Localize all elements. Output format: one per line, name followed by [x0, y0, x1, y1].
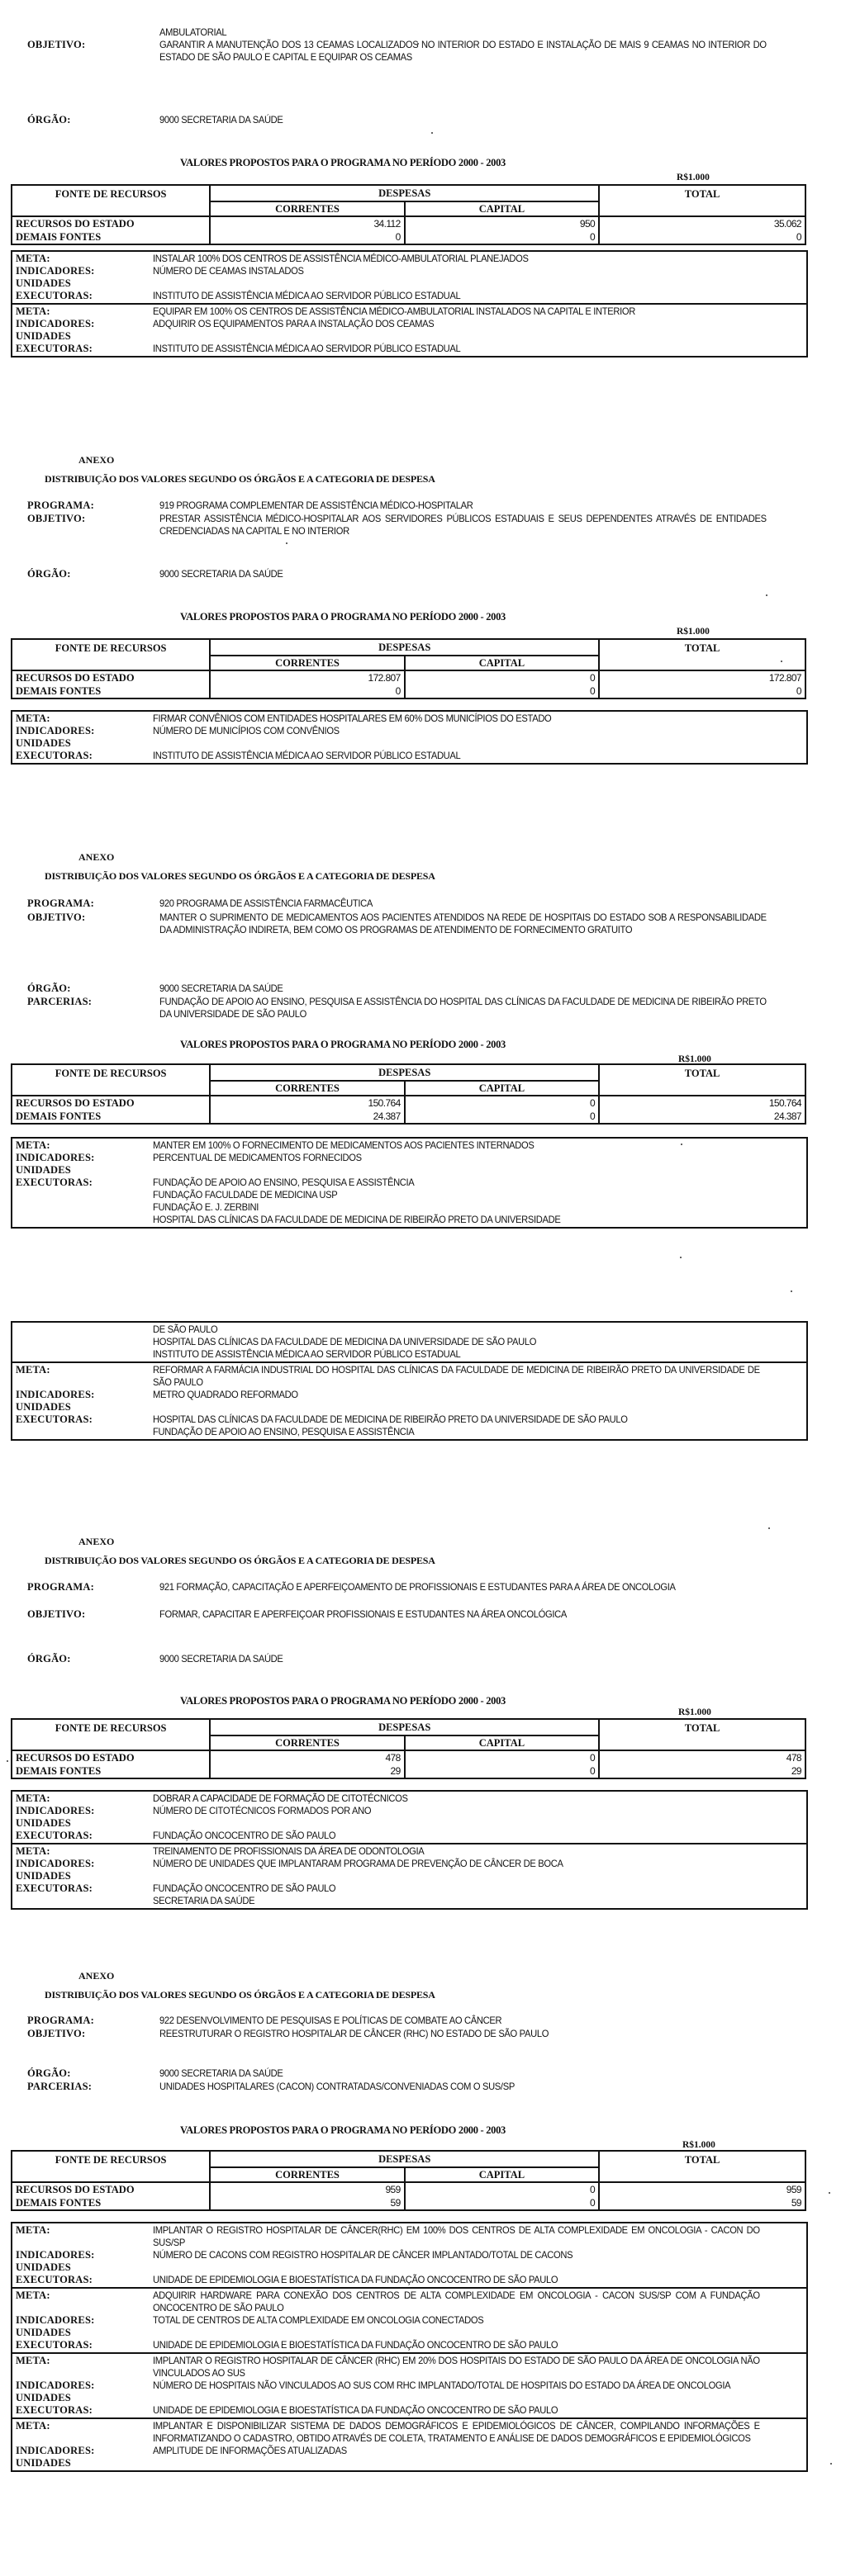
scan-speck: [431, 132, 433, 134]
meta-row: META:INSTALAR 100% DOS CENTROS DE ASSIST…: [12, 253, 806, 265]
metas-box: META:INSTALAR 100% DOS CENTROS DE ASSIST…: [11, 250, 808, 358]
executora-line: INSTITUTO DE ASSISTÊNCIA MÉDICA AO SERVI…: [153, 343, 760, 355]
header-fonte: FONTE DE RECURSOS: [12, 185, 210, 201]
cell-correntes: 24.387: [210, 1110, 404, 1124]
meta-row: UNIDADES: [12, 2392, 806, 2404]
meta-row: INDICADORES:NÚMERO DE MUNICÍPIOS COM CON…: [12, 725, 806, 737]
cell-capital: 0: [405, 1764, 599, 1778]
values-title: VALORES PROPOSTOS PARA O PROGRAMA NO PER…: [180, 1695, 506, 1707]
meta-row: EXECUTORAS:INSTITUTO DE ASSISTÊNCIA MÉDI…: [12, 750, 806, 762]
field-value: [153, 737, 760, 750]
field-label: META:: [12, 305, 153, 318]
values-title: VALORES PROPOSTOS PARA O PROGRAMA NO PER…: [180, 611, 506, 623]
meta-row: DE SÃO PAULOHOSPITAL DAS CLÍNICAS DA FAC…: [12, 1324, 806, 1361]
field-value: [153, 330, 760, 343]
field-value: [153, 1164, 760, 1177]
metas-box: META:MANTER EM 100% O FORNECIMENTO DE ME…: [11, 1137, 808, 1229]
objetivo-field: OBJETIVO: PRESTAR ASSISTÊNCIA MÉDICO-HOS…: [27, 513, 812, 537]
meta-block: META:MANTER EM 100% O FORNECIMENTO DE ME…: [12, 1139, 806, 1227]
field-label: META:: [12, 2355, 153, 2379]
header-blank: [599, 656, 805, 670]
field-label: EXECUTORAS:: [12, 343, 153, 355]
meta-row: EXECUTORAS:UNIDADE DE EPIDEMIOLOGIA E BI…: [12, 2274, 806, 2286]
field-value: REFORMAR A FARMÁCIA INDUSTRIAL DO HOSPIT…: [153, 1364, 760, 1389]
field-label: META:: [12, 1139, 153, 1152]
field-label: INDICADORES:: [12, 1389, 153, 1401]
meta-row: META:IMPLANTAR O REGISTRO HOSPITALAR DE …: [12, 2224, 806, 2249]
field-label: UNIDADES: [12, 2392, 153, 2404]
meta-row: EXECUTORAS:UNIDADE DE EPIDEMIOLOGIA E BI…: [12, 2339, 806, 2351]
meta-row: META:IMPLANTAR O REGISTRO HOSPITALAR DE …: [12, 2355, 806, 2379]
field-label: UNIDADES: [12, 1401, 153, 1413]
programa-continuation: AMBULATORIAL: [27, 26, 812, 39]
field-label: META:: [12, 1364, 153, 1389]
scan-speck: [681, 1144, 682, 1145]
field-label: UNIDADES: [12, 330, 153, 343]
meta-row: EXECUTORAS:FUNDAÇÃO DE APOIO AO ENSINO, …: [12, 1177, 806, 1226]
field-value: NÚMERO DE MUNICÍPIOS COM CONVÊNIOS: [153, 725, 760, 737]
header-blank: [12, 201, 210, 216]
field-label: EXECUTORAS:: [12, 1882, 153, 1907]
scan-speck: [417, 43, 419, 45]
header-capital: CAPITAL: [405, 201, 599, 216]
cell-total: 59: [599, 2196, 805, 2210]
meta-row: INDICADORES:METRO QUADRADO REFORMADO: [12, 1389, 806, 1401]
cell-capital: 0: [405, 2182, 599, 2196]
header-total: TOTAL: [599, 1064, 805, 1081]
field-value: DE SÃO PAULOHOSPITAL DAS CLÍNICAS DA FAC…: [153, 1324, 760, 1361]
field-value: INSTITUTO DE ASSISTÊNCIA MÉDICA AO SERVI…: [153, 343, 760, 355]
executora-line: FUNDAÇÃO FACULDADE DE MEDICINA USP: [153, 1189, 760, 1201]
field-label: EXECUTORAS:: [12, 2274, 153, 2286]
field-value: DOBRAR A CAPACIDADE DE FORMAÇÃO DE CITOT…: [153, 1792, 760, 1805]
values-table: FONTE DE RECURSOSDESPESASTOTALCORRENTESC…: [11, 1718, 806, 1779]
header-fonte: FONTE DE RECURSOS: [12, 639, 210, 656]
field-label: UNIDADES: [12, 2457, 153, 2469]
field-label: EXECUTORAS:: [12, 1830, 153, 1842]
cell-total: 478: [599, 1750, 805, 1764]
header-blank: [12, 2167, 210, 2182]
field-value: [153, 2261, 760, 2274]
orgao-field: ÓRGÃO: 9000 SECRETARIA DA SAÚDE: [27, 1653, 812, 1665]
cell-correntes: 29: [210, 1764, 404, 1778]
values-title: VALORES PROPOSTOS PARA O PROGRAMA NO PER…: [180, 1039, 506, 1051]
scan-speck: [766, 594, 767, 596]
cell-total: 959: [599, 2182, 805, 2196]
metas-box: META:IMPLANTAR O REGISTRO HOSPITALAR DE …: [11, 2222, 808, 2472]
row-label: RECURSOS DO ESTADO: [12, 216, 210, 230]
objetivo-field: OBJETIVO: GARANTIR A MANUTENÇÃO DOS 13 C…: [27, 39, 812, 64]
parcerias-field: PARCERIAS: UNIDADES HOSPITALARES (CACON)…: [27, 2081, 812, 2093]
field-label: INDICADORES:: [12, 2314, 153, 2327]
scan-speck: [7, 1760, 8, 1762]
meta-row: EXECUTORAS:FUNDAÇÃO ONCOCENTRO DE SÃO PA…: [12, 1882, 806, 1907]
metas-box-continued: DE SÃO PAULOHOSPITAL DAS CLÍNICAS DA FAC…: [11, 1321, 808, 1441]
header-capital: CAPITAL: [405, 2167, 599, 2182]
executora-line: DE SÃO PAULO: [153, 1324, 760, 1336]
cell-capital: 0: [405, 230, 599, 244]
field-value: NÚMERO DE CACONS COM REGISTRO HOSPITALAR…: [153, 2249, 760, 2261]
anexo-label: ANEXO: [78, 1536, 114, 1548]
field-value: AMPLITUDE DE INFORMAÇÕES ATUALIZADAS: [153, 2445, 760, 2457]
cell-correntes: 0: [210, 684, 404, 698]
field-value: FIRMAR CONVÊNIOS COM ENTIDADES HOSPITALA…: [153, 713, 760, 725]
meta-block: META:IMPLANTAR E DISPONIBILIZAR SISTEMA …: [12, 2417, 806, 2470]
field-value: [153, 277, 760, 290]
meta-row: UNIDADES: [12, 2261, 806, 2274]
field-label: META:: [12, 2290, 153, 2314]
field-label: INDICADORES:: [12, 265, 153, 277]
cell-total: 172.807: [599, 670, 805, 684]
executora-line: HOSPITAL DAS CLÍNICAS DA FACULDADE DE ME…: [153, 1214, 760, 1226]
header-correntes: CORRENTES: [210, 1735, 404, 1750]
header-total: TOTAL: [599, 185, 805, 201]
table-row: RECURSOS DO ESTADO150.7640150.764: [12, 1096, 805, 1110]
field-value: [153, 1870, 760, 1882]
cell-capital: 0: [405, 1110, 599, 1124]
field-value: HOSPITAL DAS CLÍNICAS DA FACULDADE DE ME…: [153, 1413, 760, 1438]
executora-line: INSTITUTO DE ASSISTÊNCIA MÉDICA AO SERVI…: [153, 750, 760, 762]
header-correntes: CORRENTES: [210, 656, 404, 670]
table-row: RECURSOS DO ESTADO9590959: [12, 2182, 805, 2196]
meta-block: META:INSTALAR 100% DOS CENTROS DE ASSIST…: [12, 252, 806, 303]
field-label: UNIDADES: [12, 1870, 153, 1882]
field-value: INSTALAR 100% DOS CENTROS DE ASSISTÊNCIA…: [153, 253, 760, 265]
field-label: EXECUTORAS:: [12, 2339, 153, 2351]
header-total: TOTAL: [599, 2151, 805, 2167]
table-row: RECURSOS DO ESTADO172.8070172.807: [12, 670, 805, 684]
meta-row: EXECUTORAS:FUNDAÇÃO ONCOCENTRO DE SÃO PA…: [12, 1830, 806, 1842]
field-value: METRO QUADRADO REFORMADO: [153, 1389, 760, 1401]
header-despesas: DESPESAS: [210, 1719, 599, 1735]
meta-row: UNIDADES: [12, 277, 806, 290]
meta-block: META:IMPLANTAR O REGISTRO HOSPITALAR DE …: [12, 2223, 806, 2287]
programa-field: PROGRAMA: 919 PROGRAMA COMPLEMENTAR DE A…: [27, 500, 812, 512]
meta-row: UNIDADES: [12, 1401, 806, 1413]
values-table: FONTE DE RECURSOSDESPESASTOTALCORRENTESC…: [11, 638, 806, 699]
executora-line: FUNDAÇÃO DE APOIO AO ENSINO, PESQUISA E …: [153, 1426, 760, 1438]
field-label: META:: [12, 253, 153, 265]
scan-speck: [791, 1290, 792, 1292]
anexo-label: ANEXO: [78, 851, 114, 864]
executora-line: INSTITUTO DE ASSISTÊNCIA MÉDICA AO SERVI…: [153, 290, 760, 302]
cell-total: 35.062: [599, 216, 805, 230]
table-row: DEMAIS FONTES29029: [12, 1764, 805, 1778]
cell-capital: 0: [405, 1750, 599, 1764]
cell-correntes: 172.807: [210, 670, 404, 684]
field-value: PERCENTUAL DE MEDICAMENTOS FORNECIDOS: [153, 1152, 760, 1164]
currency-unit: R$1.000: [682, 2140, 715, 2150]
executora-line: HOSPITAL DAS CLÍNICAS DA FACULDADE DE ME…: [153, 1413, 760, 1426]
meta-block: META:DOBRAR A CAPACIDADE DE FORMAÇÃO DE …: [12, 1792, 806, 1843]
header-total: TOTAL: [599, 639, 805, 656]
field-value: UNIDADE DE EPIDEMIOLOGIA E BIOESTATÍSTIC…: [153, 2274, 760, 2286]
cell-correntes: 959: [210, 2182, 404, 2196]
field-label: UNIDADES: [12, 1164, 153, 1177]
field-value: IMPLANTAR O REGISTRO HOSPITALAR DE CÂNCE…: [153, 2224, 760, 2249]
meta-row: INDICADORES:NÚMERO DE HOSPITAIS NÃO VINC…: [12, 2379, 806, 2392]
header-fonte: FONTE DE RECURSOS: [12, 1064, 210, 1081]
meta-block: META:REFORMAR A FARMÁCIA INDUSTRIAL DO H…: [12, 1361, 806, 1439]
header-fonte: FONTE DE RECURSOS: [12, 2151, 210, 2167]
field-label: UNIDADES: [12, 737, 153, 750]
executora-line: FUNDAÇÃO E. J. ZERBINI: [153, 1201, 760, 1214]
meta-row: INDICADORES:PERCENTUAL DE MEDICAMENTOS F…: [12, 1152, 806, 1164]
row-label: DEMAIS FONTES: [12, 1764, 210, 1778]
header-blank: [599, 2167, 805, 2182]
scan-speck: [286, 542, 287, 544]
field-label: [12, 1324, 153, 1361]
header-despesas: DESPESAS: [210, 185, 599, 201]
orgao-field: ÓRGÃO: 9000 SECRETARIA DA SAÚDE: [27, 568, 812, 580]
meta-row: META:TREINAMENTO DE PROFISSIONAIS DA ÁRE…: [12, 1845, 806, 1858]
cell-total: 0: [599, 684, 805, 698]
meta-row: INDICADORES:NÚMERO DE CACONS COM REGISTR…: [12, 2249, 806, 2261]
field-value: [153, 2457, 760, 2469]
programa-field: PROGRAMA: 922 DESENVOLVIMENTO DE PESQUIS…: [27, 2015, 812, 2027]
meta-block: META:TREINAMENTO DE PROFISSIONAIS DA ÁRE…: [12, 1843, 806, 1908]
cell-total: 29: [599, 1764, 805, 1778]
executora-line: HOSPITAL DAS CLÍNICAS DA FACULDADE DE ME…: [153, 1336, 760, 1348]
programa-field: PROGRAMA: 921 FORMAÇÃO, CAPACITAÇÃO E AP…: [27, 1581, 812, 1593]
header-blank: [12, 1081, 210, 1096]
field-label: INDICADORES:: [12, 1805, 153, 1817]
field-value: IMPLANTAR E DISPONIBILIZAR SISTEMA DE DA…: [153, 2420, 760, 2445]
field-value: [153, 2327, 760, 2339]
field-label: INDICADORES:: [12, 2379, 153, 2392]
field-label: EXECUTORAS:: [12, 750, 153, 762]
meta-row: INDICADORES:NÚMERO DE CEAMAS INSTALADOS: [12, 265, 806, 277]
meta-row: INDICADORES:NÚMERO DE CITOTÉCNICOS FORMA…: [12, 1805, 806, 1817]
field-value: NÚMERO DE HOSPITAIS NÃO VINCULADOS AO SU…: [153, 2379, 760, 2392]
meta-row: UNIDADES: [12, 330, 806, 343]
meta-row: INDICADORES:TOTAL DE CENTROS DE ALTA COM…: [12, 2314, 806, 2327]
meta-block: META:FIRMAR CONVÊNIOS COM ENTIDADES HOSP…: [12, 712, 806, 763]
field-label: EXECUTORAS:: [12, 1413, 153, 1438]
header-blank: [12, 1735, 210, 1750]
field-value: EQUIPAR EM 100% OS CENTROS DE ASSISTÊNCI…: [153, 305, 760, 318]
executora-line: UNIDADE DE EPIDEMIOLOGIA E BIOESTATÍSTIC…: [153, 2274, 760, 2286]
table-row: DEMAIS FONTES59059: [12, 2196, 805, 2210]
scan-speck: [830, 2463, 832, 2465]
cell-correntes: 34.112: [210, 216, 404, 230]
cell-correntes: 59: [210, 2196, 404, 2210]
field-value: ADQUIRIR OS EQUIPAMENTOS PARA A INSTALAÇ…: [153, 318, 760, 330]
field-label: UNIDADES: [12, 277, 153, 290]
objetivo-field: OBJETIVO: FORMAR, CAPACITAR E APERFEIÇOA…: [27, 1608, 812, 1621]
values-table: FONTE DE RECURSOSDESPESASTOTALCORRENTESC…: [11, 1063, 806, 1125]
distribution-title: DISTRIBUIÇÃO DOS VALORES SEGUNDO OS ÓRGÃ…: [45, 473, 435, 485]
row-label: DEMAIS FONTES: [12, 1110, 210, 1124]
header-capital: CAPITAL: [405, 656, 599, 670]
meta-block: META:IMPLANTAR O REGISTRO HOSPITALAR DE …: [12, 2352, 806, 2417]
row-label: DEMAIS FONTES: [12, 2196, 210, 2210]
meta-row: UNIDADES: [12, 1870, 806, 1882]
field-label: EXECUTORAS:: [12, 2404, 153, 2417]
meta-row: EXECUTORAS:INSTITUTO DE ASSISTÊNCIA MÉDI…: [12, 343, 806, 355]
field-label: UNIDADES: [12, 2261, 153, 2274]
executora-line: UNIDADE DE EPIDEMIOLOGIA E BIOESTATÍSTIC…: [153, 2404, 760, 2417]
field-value: IMPLANTAR O REGISTRO HOSPITALAR DE CÂNCE…: [153, 2355, 760, 2379]
field-label: INDICADORES:: [12, 725, 153, 737]
meta-block: META:EQUIPAR EM 100% OS CENTROS DE ASSIS…: [12, 303, 806, 356]
header-correntes: CORRENTES: [210, 201, 404, 216]
field-label: INDICADORES:: [12, 2445, 153, 2457]
field-value: UNIDADE DE EPIDEMIOLOGIA E BIOESTATÍSTIC…: [153, 2339, 760, 2351]
cell-capital: 0: [405, 1096, 599, 1110]
distribution-title: DISTRIBUIÇÃO DOS VALORES SEGUNDO OS ÓRGÃ…: [45, 1555, 435, 1567]
field-label: META:: [12, 2420, 153, 2445]
field-value: FUNDAÇÃO DE APOIO AO ENSINO, PESQUISA E …: [153, 1177, 760, 1226]
header-correntes: CORRENTES: [210, 1081, 404, 1096]
header-blank: [12, 656, 210, 670]
metas-box: META:DOBRAR A CAPACIDADE DE FORMAÇÃO DE …: [11, 1790, 808, 1910]
field-label: META:: [12, 713, 153, 725]
field-label: EXECUTORAS:: [12, 290, 153, 302]
table-row: RECURSOS DO ESTADO34.11295035.062: [12, 216, 805, 230]
row-label: RECURSOS DO ESTADO: [12, 1750, 210, 1764]
metas-box: META:FIRMAR CONVÊNIOS COM ENTIDADES HOSP…: [11, 710, 808, 765]
meta-row: META:FIRMAR CONVÊNIOS COM ENTIDADES HOSP…: [12, 713, 806, 725]
meta-block: META:ADQUIRIR HARDWARE PARA CONEXÃO DOS …: [12, 2287, 806, 2352]
cell-capital: 0: [405, 684, 599, 698]
meta-block-continued: DE SÃO PAULOHOSPITAL DAS CLÍNICAS DA FAC…: [12, 1323, 806, 1361]
cell-correntes: 478: [210, 1750, 404, 1764]
field-label: META:: [12, 1792, 153, 1805]
meta-row: INDICADORES:AMPLITUDE DE INFORMAÇÕES ATU…: [12, 2445, 806, 2457]
field-value: TOTAL DE CENTROS DE ALTA COMPLEXIDADE EM…: [153, 2314, 760, 2327]
field-value: FUNDAÇÃO ONCOCENTRO DE SÃO PAULO: [153, 1830, 760, 1842]
field-value: MANTER EM 100% O FORNECIMENTO DE MEDICAM…: [153, 1139, 760, 1152]
orgao-field: ÓRGÃO: 9000 SECRETARIA DA SAÚDE: [27, 983, 812, 995]
anexo-label: ANEXO: [78, 1970, 114, 1982]
field-value: NÚMERO DE CITOTÉCNICOS FORMADOS POR ANO: [153, 1805, 760, 1817]
values-title: VALORES PROPOSTOS PARA O PROGRAMA NO PER…: [180, 2124, 506, 2137]
field-value: [153, 1817, 760, 1830]
meta-row: UNIDADES: [12, 1164, 806, 1177]
values-table: FONTE DE RECURSOSDESPESASTOTALCORRENTESC…: [11, 2150, 806, 2211]
table-row: DEMAIS FONTES000: [12, 684, 805, 698]
field-value: FUNDAÇÃO ONCOCENTRO DE SÃO PAULOSECRETAR…: [153, 1882, 760, 1907]
executora-line: FUNDAÇÃO ONCOCENTRO DE SÃO PAULO: [153, 1882, 760, 1895]
cell-total: 24.387: [599, 1110, 805, 1124]
field-value: INSTITUTO DE ASSISTÊNCIA MÉDICA AO SERVI…: [153, 750, 760, 762]
cell-correntes: 150.764: [210, 1096, 404, 1110]
field-value: ADQUIRIR HARDWARE PARA CONEXÃO DOS CENTR…: [153, 2290, 760, 2314]
scan-speck: [768, 1527, 770, 1529]
cell-capital: 0: [405, 2196, 599, 2210]
header-blank: [599, 1735, 805, 1750]
objetivo-field: OBJETIVO: REESTRUTURAR O REGISTRO HOSPIT…: [27, 2028, 812, 2040]
row-label: RECURSOS DO ESTADO: [12, 2182, 210, 2196]
header-capital: CAPITAL: [405, 1081, 599, 1096]
meta-row: INDICADORES:ADQUIRIR OS EQUIPAMENTOS PAR…: [12, 318, 806, 330]
meta-row: META:MANTER EM 100% O FORNECIMENTO DE ME…: [12, 1139, 806, 1152]
field-value: NÚMERO DE UNIDADES QUE IMPLANTARAM PROGR…: [153, 1858, 760, 1870]
meta-row: UNIDADES: [12, 2457, 806, 2469]
field-label: INDICADORES:: [12, 2249, 153, 2261]
table-row: DEMAIS FONTES000: [12, 230, 805, 244]
executora-line: FUNDAÇÃO DE APOIO AO ENSINO, PESQUISA E …: [153, 1177, 760, 1189]
field-label: INDICADORES:: [12, 1152, 153, 1164]
anexo-label: ANEXO: [78, 454, 114, 466]
field-label: META:: [12, 2224, 153, 2249]
row-label: DEMAIS FONTES: [12, 230, 210, 244]
orgao-field: ÓRGÃO: 9000 SECRETARIA DA SAÚDE: [27, 2067, 812, 2080]
scan-speck: [781, 661, 782, 662]
objetivo-field: OBJETIVO: MANTER O SUPRIMENTO DE MEDICAM…: [27, 912, 812, 936]
scan-speck: [829, 2192, 830, 2194]
field-value: TREINAMENTO DE PROFISSIONAIS DA ÁREA DE …: [153, 1845, 760, 1858]
header-despesas: DESPESAS: [210, 2151, 599, 2167]
header-blank: [599, 1081, 805, 1096]
currency-unit: R$1.000: [677, 173, 710, 182]
parcerias-field: PARCERIAS: FUNDAÇÃO DE APOIO AO ENSINO, …: [27, 996, 812, 1020]
values-table: FONTE DE RECURSOSDESPESASTOTALCORRENTESC…: [11, 184, 806, 245]
field-value: UNIDADE DE EPIDEMIOLOGIA E BIOESTATÍSTIC…: [153, 2404, 760, 2417]
header-despesas: DESPESAS: [210, 1064, 599, 1081]
meta-row: UNIDADES: [12, 2327, 806, 2339]
meta-row: UNIDADES: [12, 737, 806, 750]
header-fonte: FONTE DE RECURSOS: [12, 1719, 210, 1735]
distribution-title: DISTRIBUIÇÃO DOS VALORES SEGUNDO OS ÓRGÃ…: [45, 870, 435, 883]
cell-total: 150.764: [599, 1096, 805, 1110]
cell-capital: 0: [405, 670, 599, 684]
meta-row: META:EQUIPAR EM 100% OS CENTROS DE ASSIS…: [12, 305, 806, 318]
meta-row: META:IMPLANTAR E DISPONIBILIZAR SISTEMA …: [12, 2420, 806, 2445]
scan-speck: [680, 1257, 682, 1258]
currency-unit: R$1.000: [678, 1707, 711, 1717]
programa-field: PROGRAMA: 920 PROGRAMA DE ASSISTÊNCIA FA…: [27, 897, 812, 910]
field-value: [153, 2392, 760, 2404]
field-label: INDICADORES:: [12, 1858, 153, 1870]
distribution-title: DISTRIBUIÇÃO DOS VALORES SEGUNDO OS ÓRGÃ…: [45, 1989, 435, 2001]
header-despesas: DESPESAS: [210, 639, 599, 656]
currency-unit: R$1.000: [677, 627, 710, 637]
meta-row: META:ADQUIRIR HARDWARE PARA CONEXÃO DOS …: [12, 2290, 806, 2314]
meta-row: EXECUTORAS:UNIDADE DE EPIDEMIOLOGIA E BI…: [12, 2404, 806, 2417]
header-capital: CAPITAL: [405, 1735, 599, 1750]
table-row: RECURSOS DO ESTADO4780478: [12, 1750, 805, 1764]
header-blank: [599, 201, 805, 216]
header-correntes: CORRENTES: [210, 2167, 404, 2182]
executora-line: INSTITUTO DE ASSISTÊNCIA MÉDICA AO SERVI…: [153, 1348, 760, 1361]
field-label: META:: [12, 1845, 153, 1858]
meta-row: UNIDADES: [12, 1817, 806, 1830]
field-value: NÚMERO DE CEAMAS INSTALADOS: [153, 265, 760, 277]
field-label: INDICADORES:: [12, 318, 153, 330]
executora-line: UNIDADE DE EPIDEMIOLOGIA E BIOESTATÍSTIC…: [153, 2339, 760, 2351]
row-label: RECURSOS DO ESTADO: [12, 1096, 210, 1110]
meta-row: EXECUTORAS:HOSPITAL DAS CLÍNICAS DA FACU…: [12, 1413, 806, 1438]
meta-row: INDICADORES:NÚMERO DE UNIDADES QUE IMPLA…: [12, 1858, 806, 1870]
header-total: TOTAL: [599, 1719, 805, 1735]
cell-capital: 950: [405, 216, 599, 230]
cell-total: 0: [599, 230, 805, 244]
field-label: EXECUTORAS:: [12, 1177, 153, 1226]
field-value: INSTITUTO DE ASSISTÊNCIA MÉDICA AO SERVI…: [153, 290, 760, 302]
row-label: DEMAIS FONTES: [12, 684, 210, 698]
meta-row: EXECUTORAS:INSTITUTO DE ASSISTÊNCIA MÉDI…: [12, 290, 806, 302]
executora-line: SECRETARIA DA SAÚDE: [153, 1895, 760, 1907]
values-title: VALORES PROPOSTOS PARA O PROGRAMA NO PER…: [180, 157, 506, 169]
row-label: RECURSOS DO ESTADO: [12, 670, 210, 684]
executora-line: FUNDAÇÃO ONCOCENTRO DE SÃO PAULO: [153, 1830, 760, 1842]
field-label: UNIDADES: [12, 2327, 153, 2339]
table-row: DEMAIS FONTES24.387024.387: [12, 1110, 805, 1124]
field-value: [153, 1401, 760, 1413]
field-label: UNIDADES: [12, 1817, 153, 1830]
